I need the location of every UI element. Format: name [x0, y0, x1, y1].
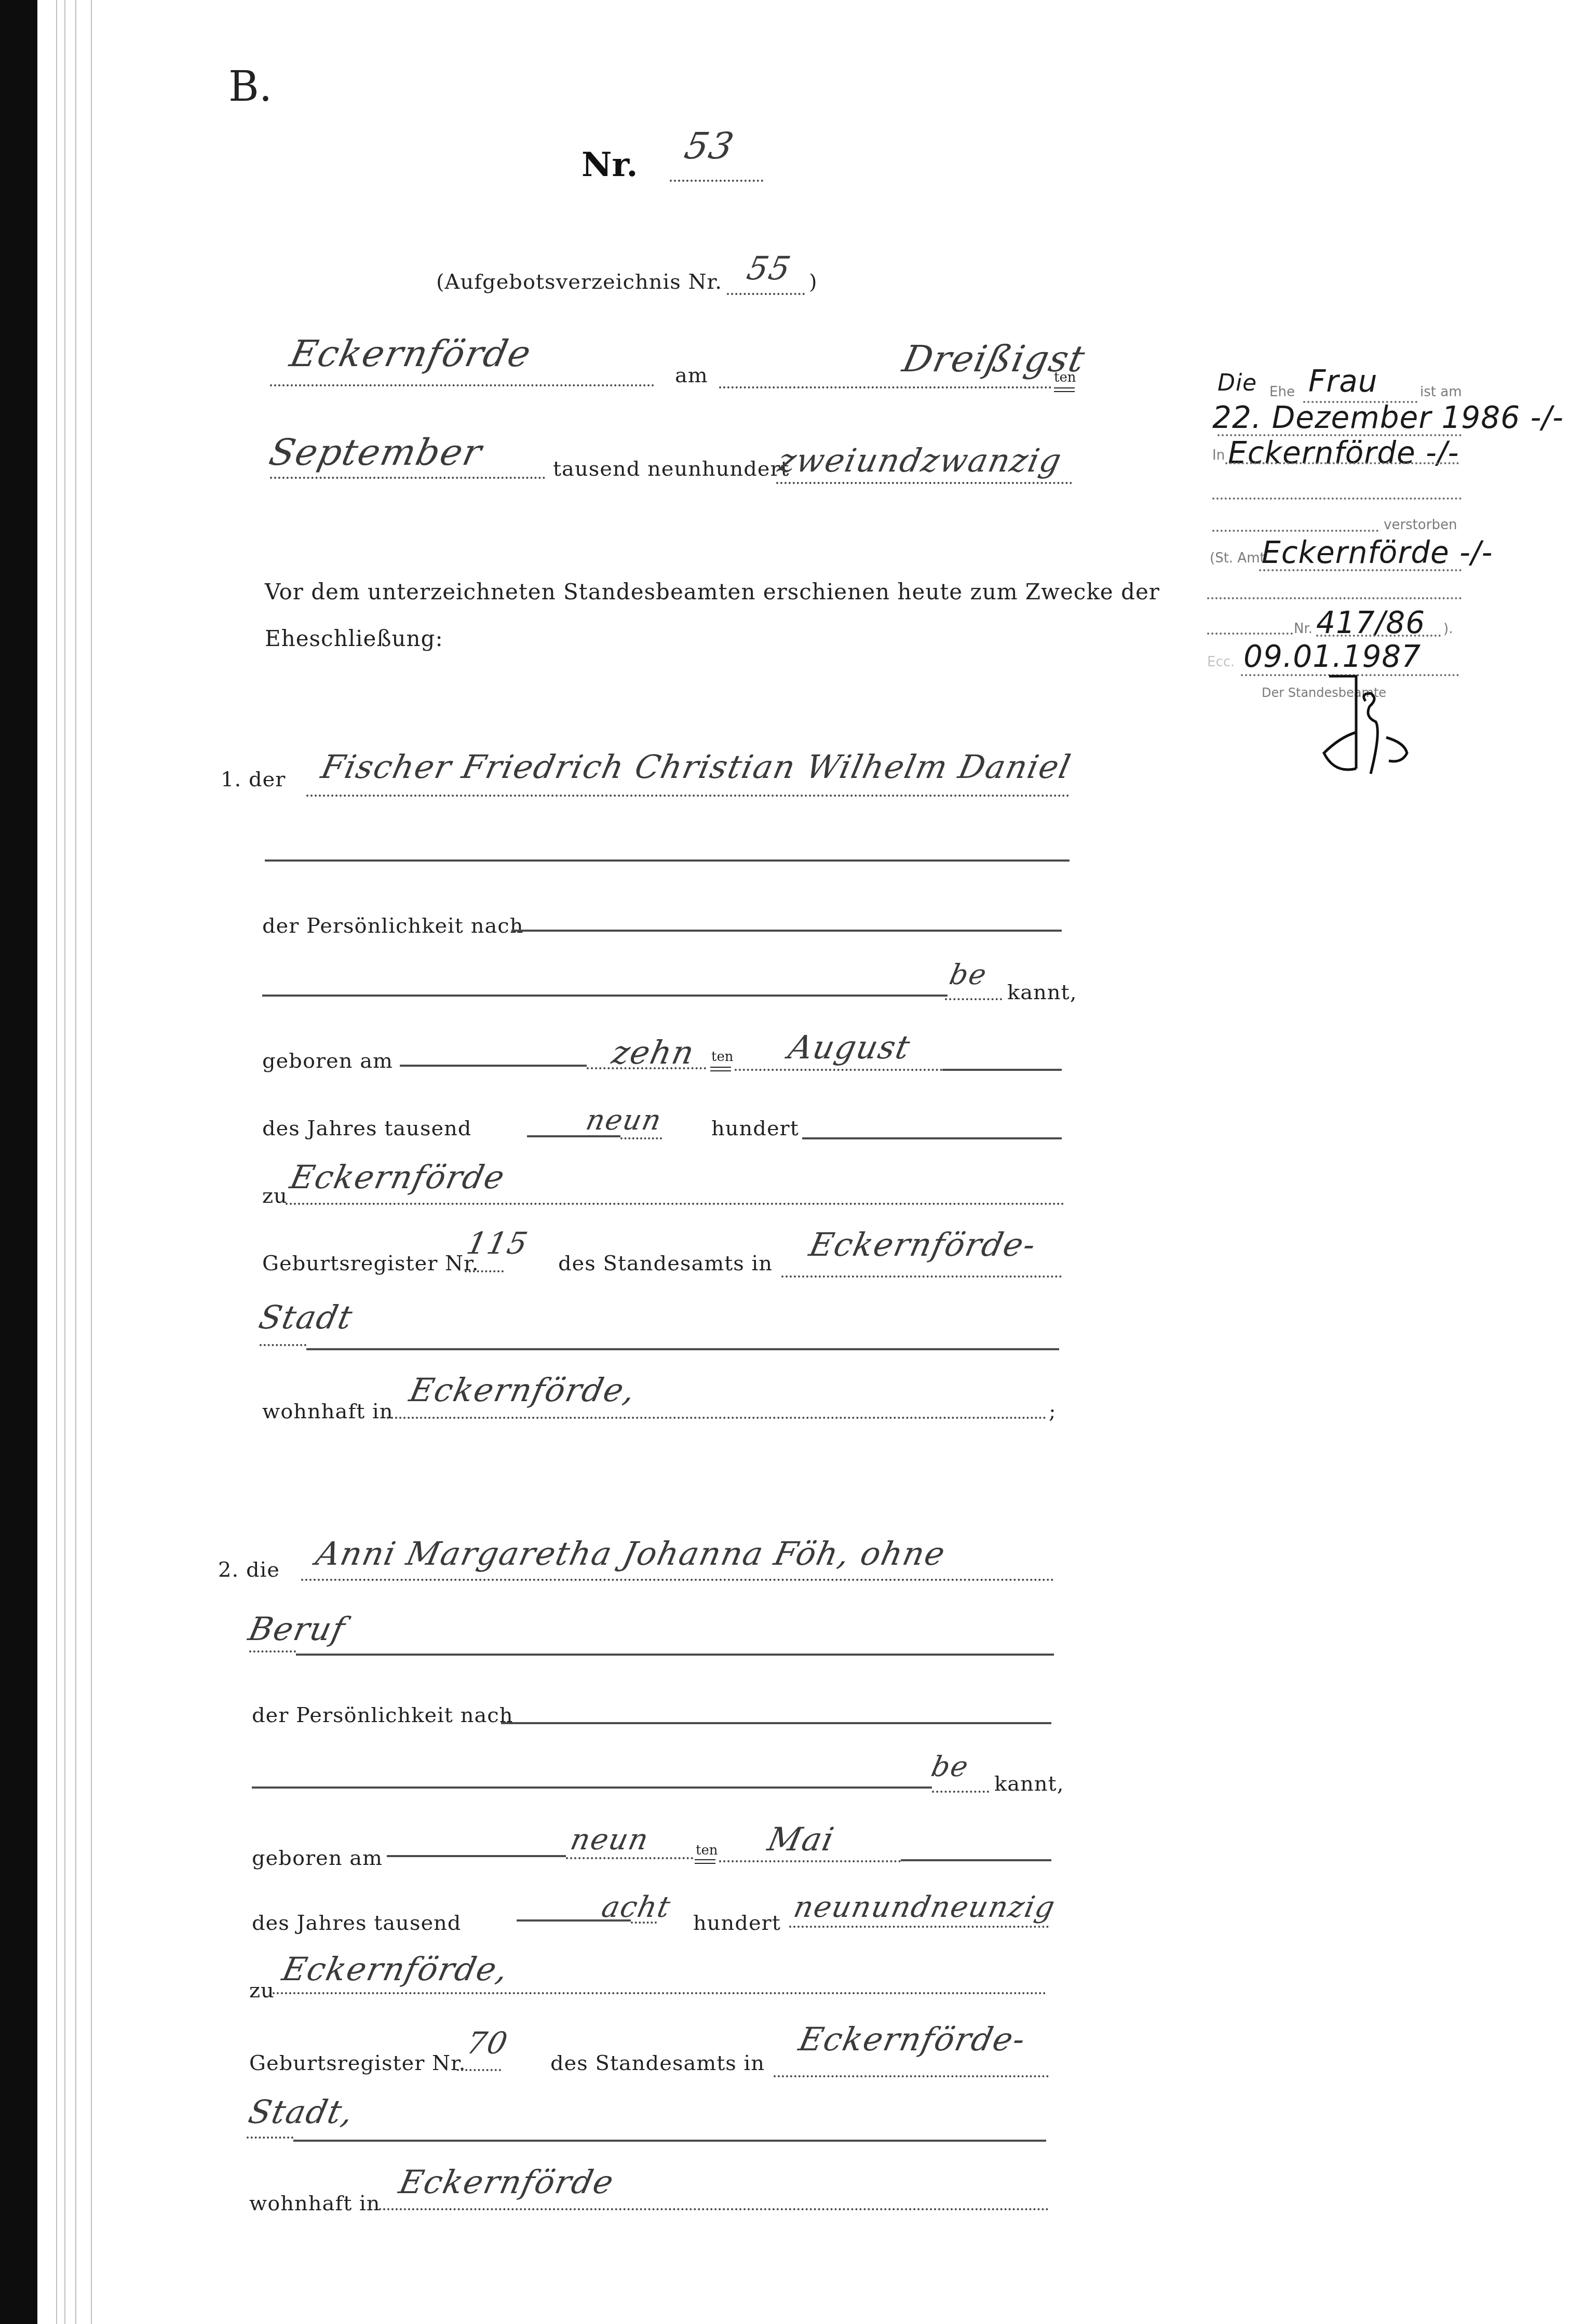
person-2-name: Anni Margaretha Johanna Föh, ohne — [313, 1535, 949, 1573]
person-1-registry-cont-line — [306, 1348, 1059, 1350]
person-1-born-month-line — [735, 1069, 942, 1071]
person-2-born-month-line-end — [901, 1859, 1051, 1861]
person-1-residence-label: wohnhaft in — [262, 1400, 394, 1423]
person-2-register-number-line — [457, 2069, 501, 2071]
marriage-place-line — [270, 384, 654, 386]
person-1-name-line-2 — [265, 859, 1070, 862]
person-2-day-suffix: ten — [696, 1843, 718, 1858]
marriage-month-line — [270, 477, 545, 479]
person-1-register-number: 115 — [464, 1226, 532, 1261]
person-1-line-end: ; — [1049, 1400, 1056, 1423]
stamp-subject: Frau — [1308, 364, 1378, 399]
person-2-year-rest: neunundneunzig — [791, 1890, 1059, 1924]
person-2-name-line-2 — [296, 1654, 1054, 1656]
person-2-registry-place-cont: Stadt, — [245, 2093, 357, 2131]
banns-register-value: 55 — [743, 249, 794, 287]
person-2-hundred-label: hundert — [693, 1911, 781, 1935]
stamp-st-amt-line — [1259, 569, 1462, 571]
person-1-residence: Eckernförde, — [406, 1371, 639, 1409]
day-suffix-rule — [1054, 387, 1075, 392]
person-1-place-label: zu — [262, 1184, 288, 1208]
stamp-issue-date: 09.01.1987 — [1243, 639, 1421, 674]
banns-register-label: (Aufgebotsverzeichnis Nr. — [436, 270, 722, 294]
person-2-born-day: neun — [567, 1823, 652, 1857]
person-2-known-prefix: be — [928, 1750, 972, 1783]
stamp-ist-am-label: ist am — [1420, 384, 1462, 400]
scan-binding-edge — [0, 0, 37, 2324]
person-1-residence-line — [387, 1417, 1046, 1419]
person-1-born-month: August — [785, 1028, 914, 1066]
person-1-registry-label: des Standesamts in — [558, 1252, 773, 1275]
person-1-registry-cont-dots — [260, 1344, 306, 1346]
page-edge-line — [56, 0, 57, 2324]
marriage-year-words: zweiundzwanzig — [775, 441, 1065, 479]
person-2-index: 2. die — [218, 1558, 280, 1582]
record-number-value: 53 — [681, 125, 738, 167]
person-1-year-label: des Jahres tausend — [262, 1117, 471, 1140]
person-1-name: Fischer Friedrich Christian Wilhelm Dani… — [318, 748, 1075, 786]
person-1-born-label: geboren am — [262, 1049, 393, 1073]
person-1-year-hundreds-line — [620, 1137, 662, 1139]
person-2-name-cont-dots — [249, 1650, 296, 1653]
stamp-verstorben-label: verstorben — [1384, 517, 1457, 533]
person-2-registry-place: Eckernförde- — [795, 2020, 1030, 2058]
person-2-year-rest-line — [789, 1926, 1049, 1928]
intro-text-continued: Eheschließung: — [265, 626, 443, 651]
person-1-name-line — [306, 795, 1070, 797]
person-2-registry-cont-dots — [247, 2137, 293, 2139]
person-1-born-line — [400, 1065, 587, 1067]
person-1-known-dots — [945, 998, 1002, 1000]
person-2-place-label: zu — [249, 1979, 275, 2003]
stamp-nr-label: Nr. — [1294, 621, 1313, 637]
stamp-blank-line-2 — [1207, 597, 1462, 599]
official-signature-icon — [1308, 670, 1423, 784]
person-1-identity-label: der Persönlichkeit nach — [262, 914, 523, 938]
stamp-date-prefix: Ecc. — [1207, 654, 1235, 670]
person-1-day-suffix: ten — [711, 1049, 734, 1065]
stamp-nr-pre-line — [1207, 633, 1293, 635]
person-2-birth-place: Eckernförde, — [279, 1950, 512, 1988]
person-2-year-label: des Jahres tausend — [252, 1911, 461, 1935]
banns-register-line — [727, 293, 805, 295]
stamp-death-date: 22. Dezember 1986 -/- — [1212, 400, 1564, 435]
person-2-born-day-line — [566, 1857, 693, 1859]
record-number-line — [670, 180, 763, 182]
person-1-known-suffix: kannt, — [1007, 980, 1077, 1004]
person-2-residence: Eckernförde — [396, 2163, 618, 2201]
person-1-birth-place: Eckernförde — [287, 1158, 509, 1196]
person-1-known-prefix: be — [946, 958, 990, 991]
banns-register-close: ) — [809, 270, 818, 294]
person-2-residence-line — [379, 2208, 1049, 2210]
page-edge-line — [75, 0, 76, 2324]
person-2-residence-label: wohnhaft in — [249, 2192, 381, 2215]
record-number-label: Nr. — [581, 145, 638, 184]
am-label: am — [675, 364, 708, 387]
person-2-registry-cont-line — [293, 2140, 1046, 2142]
person-1-registry-place-line — [781, 1275, 1062, 1278]
person-1-identity-line — [511, 930, 1062, 932]
stamp-nr-line — [1316, 635, 1441, 637]
person-1-born-month-line-end — [942, 1069, 1062, 1071]
person-1-register-number-line — [465, 1270, 504, 1272]
person-2-day-suffix-rule — [695, 1859, 715, 1864]
person-2-identity-line — [501, 1722, 1051, 1724]
person-2-known-dots — [932, 1791, 989, 1793]
page-edge-line — [64, 0, 65, 2324]
person-1-index: 1. der — [221, 768, 286, 791]
marriage-year-line — [776, 482, 1072, 484]
record-number: Nr. — [581, 145, 638, 184]
person-2-name-line — [301, 1579, 1054, 1581]
person-2-registry-place-line — [774, 2075, 1049, 2077]
person-2-born-line — [387, 1855, 566, 1857]
intro-text: Vor dem unterzeichneten Standesbeamten e… — [265, 579, 1160, 604]
person-2-birth-place-line — [273, 1992, 1046, 1994]
person-2-register-label: Geburtsregister Nr. — [249, 2051, 466, 2075]
person-1-year-rest-line — [802, 1137, 1062, 1139]
marriage-day-line — [719, 386, 1051, 388]
page-edge-line — [91, 0, 92, 2324]
day-suffix: ten — [1054, 370, 1076, 385]
section-letter: B. — [228, 62, 272, 111]
person-1-hundred-label: hundert — [711, 1117, 799, 1140]
person-2-name-cont: Beruf — [245, 1610, 349, 1648]
person-1-born-day: zehn — [608, 1033, 698, 1071]
person-1-known-line — [262, 995, 948, 997]
person-2-year-hundreds: acht — [599, 1890, 674, 1924]
stamp-st-amt-label: (St. Amt — [1210, 550, 1265, 566]
person-1-register-label: Geburtsregister Nr. — [262, 1252, 479, 1275]
person-1-year-hundreds: neun — [583, 1104, 665, 1136]
marriage-place: Eckernförde — [286, 332, 535, 375]
person-2-born-label: geboren am — [252, 1846, 383, 1870]
stamp-die: Die — [1218, 370, 1257, 396]
person-2-known-suffix: kannt, — [994, 1772, 1064, 1796]
stamp-verstorben-line — [1212, 530, 1378, 532]
person-1-birth-place-line — [286, 1203, 1064, 1205]
stamp-nr-close: ). — [1443, 621, 1453, 637]
stamp-in-label: In — [1212, 448, 1225, 463]
stamp-place-line — [1225, 462, 1459, 464]
person-2-identity-label: der Persönlichkeit nach — [252, 1703, 513, 1727]
person-2-registry-label: des Standesamts in — [550, 2051, 765, 2075]
stamp-blank-line — [1212, 498, 1462, 500]
stamp-st-amt-place: Eckernförde -/- — [1262, 535, 1493, 570]
person-2-known-line — [252, 1786, 932, 1789]
person-1-day-suffix-rule — [710, 1067, 731, 1071]
person-1-registry-place: Eckernförde- — [806, 1226, 1040, 1264]
marriage-month: September — [265, 431, 486, 474]
person-1-registry-place-cont: Stadt — [255, 1298, 356, 1336]
stamp-death-place: Eckernförde -/- — [1228, 435, 1459, 471]
person-2-born-month-line — [719, 1860, 901, 1862]
person-2-register-number: 70 — [464, 2025, 511, 2061]
person-2-born-month: Mai — [764, 1820, 838, 1858]
stamp-ehe-label: Ehe — [1269, 384, 1295, 400]
year-label: tausend neunhundert — [553, 457, 790, 481]
